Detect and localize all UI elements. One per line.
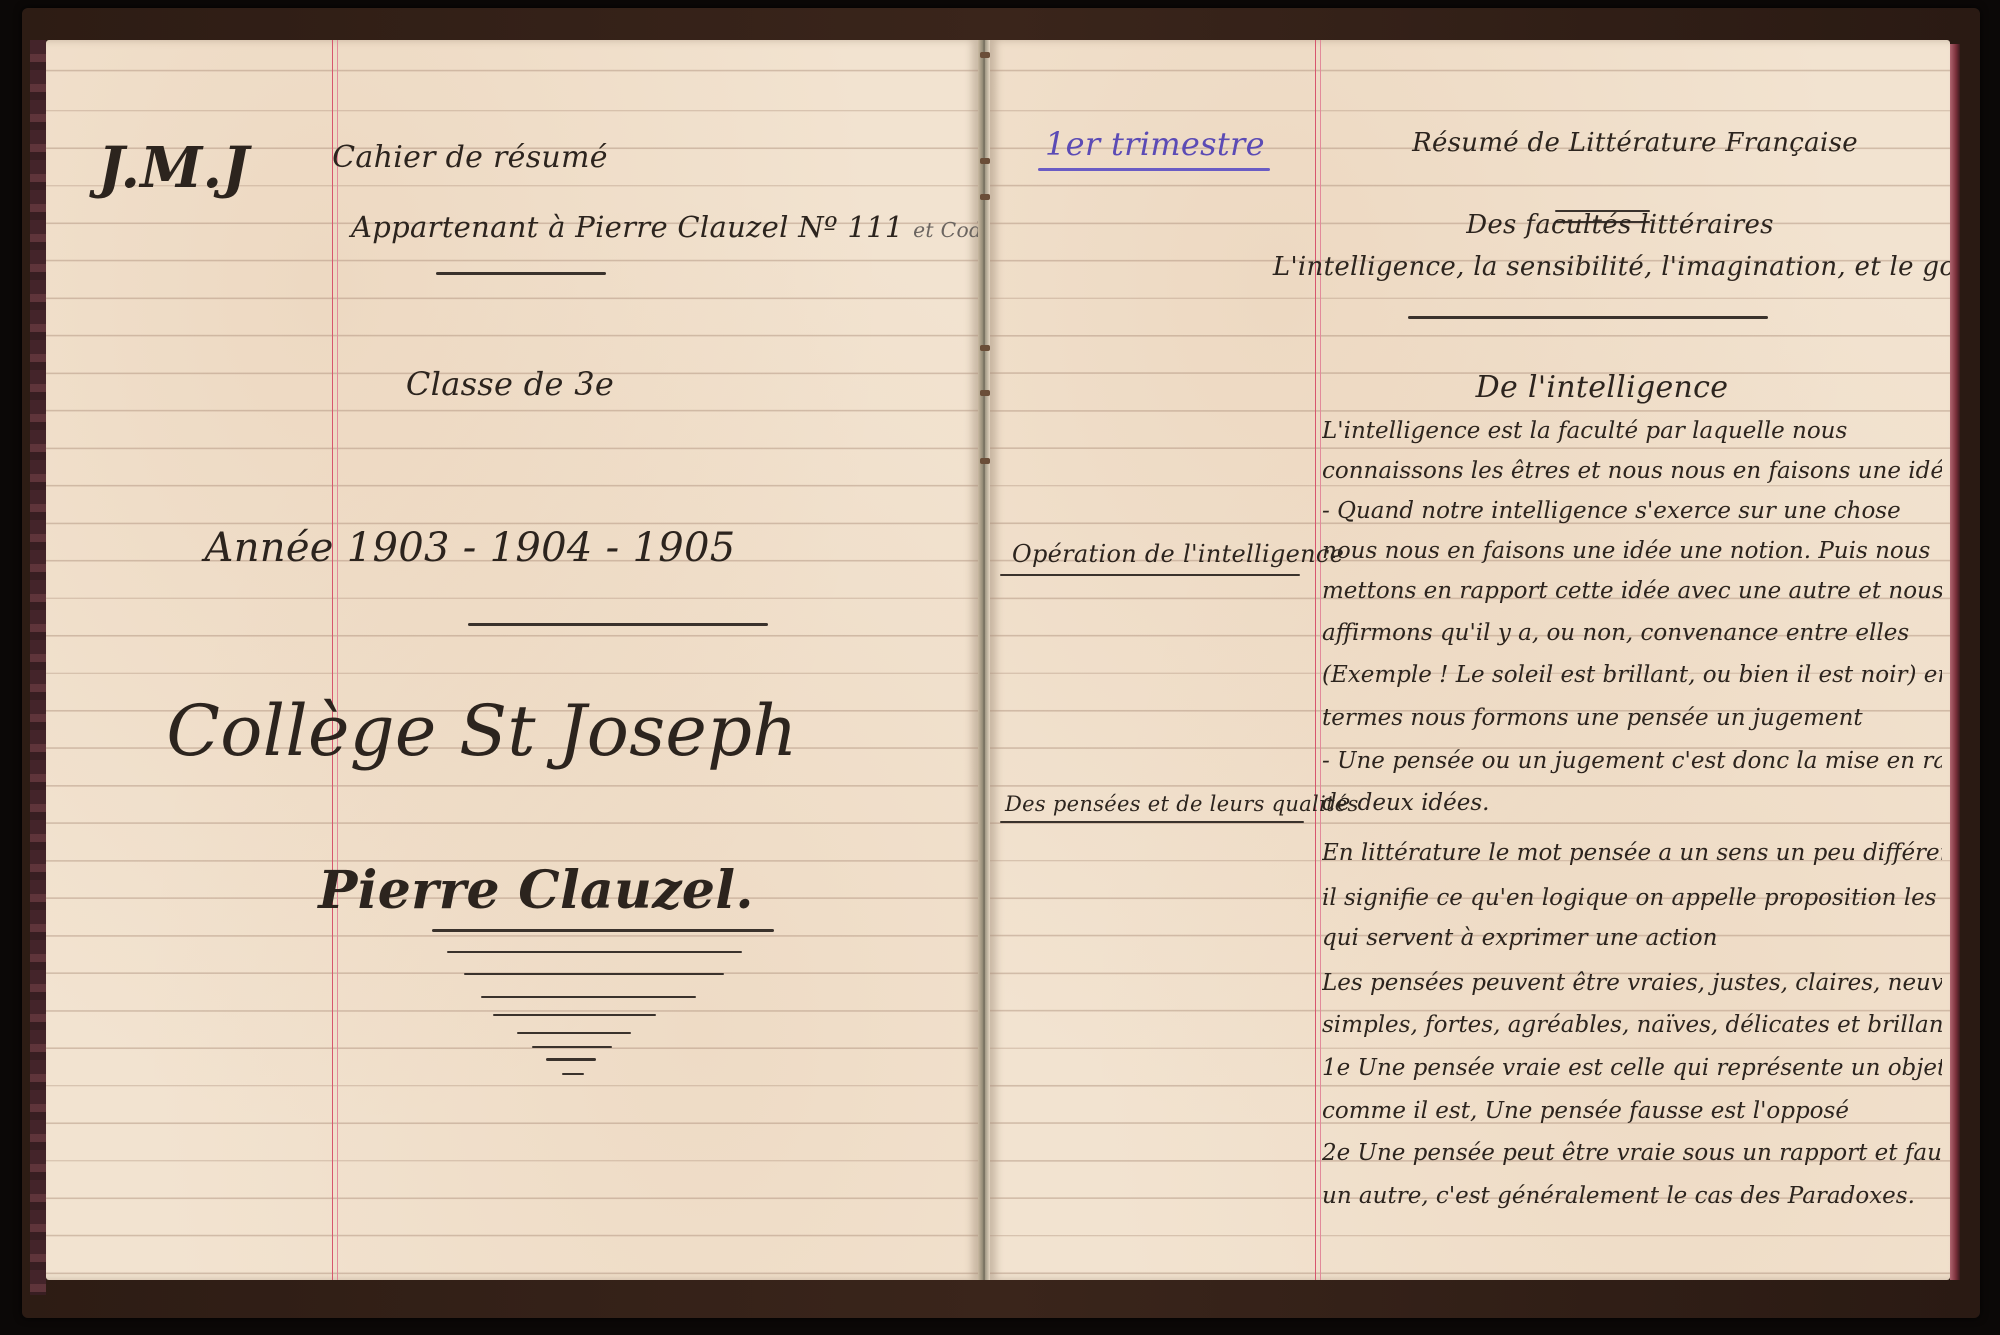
ink-rule [468,623,768,626]
stitch [980,458,990,464]
flourish-line [517,1032,631,1034]
notebook-title: Cahier de résumé [332,140,608,175]
text-line: termes nous formons une pensée un jugeme… [1322,705,1942,731]
subtitle: Des facultés littéraires [1466,210,1774,240]
text-line: mettons en rapport cette idée avec une a… [1322,578,1942,604]
year-line: Année 1903 - 1904 - 1905 [205,525,736,571]
flourish-line [562,1073,584,1075]
stitch [980,158,990,164]
text-line: (Exemple ! Le soleil est brillant, ou bi… [1322,662,1942,688]
right-page: 1er trimestre Opération de l'intelligenc… [990,40,1950,1280]
text-line: un autre, c'est généralement le cas des … [1322,1183,1942,1209]
owner-name: Appartenant à Pierre Clauzel [351,210,789,244]
owner-line: Appartenant à Pierre Clauzel Nº 111 et C… [351,210,978,244]
text-line: - Une pensée ou un jugement c'est donc l… [1322,748,1942,774]
text-line: simples, fortes, agréables, naïves, déli… [1322,1012,1942,1038]
school-name: Collège St Joseph [166,690,797,772]
text-line: - Quand notre intelligence s'exerce sur … [1322,498,1942,524]
book-spine [978,40,990,1280]
left-page: J.M.J Cahier de résumé Appartenant à Pie… [46,40,978,1280]
text-line: 2e Une pensée peut être vraie sous un ra… [1322,1140,1942,1166]
marbled-edge [30,40,46,1295]
monogram: J.M.J [98,135,249,201]
text-line: 1e Une pensée vraie est celle qui représ… [1322,1055,1942,1081]
term-underline [1038,168,1270,171]
ink-rule [436,272,606,275]
document-title: Résumé de Littérature Française [1412,128,1858,158]
pencil-note: et Cod. [913,218,978,242]
text-line: affirmons qu'il y a, ou non, convenance … [1322,620,1942,646]
signature: Pierre Clauzel. [318,860,754,921]
stitch [980,390,990,396]
flourish-line [432,929,774,932]
flourish-line [493,1014,656,1016]
flourish-line [532,1046,612,1048]
stitch [980,52,990,58]
class-line: Classe de 3e [406,365,614,403]
faculties-line: L'intelligence, la sensibilité, l'imagin… [1273,252,1950,282]
text-line: En littérature le mot pensée a un sens u… [1322,840,1942,866]
stitch [980,345,990,351]
text-line: connaissons les êtres et nous nous en fa… [1322,458,1942,484]
margin-line [1315,40,1321,1280]
flourish-line [447,951,742,953]
ink-rule [1408,316,1768,319]
flourish-line [546,1058,596,1061]
text-line: L'intelligence est la faculté par laquel… [1322,418,1942,444]
thoughts-heading: Des pensées et de leurs qualités [1005,792,1359,816]
margin-line [332,40,338,1280]
text-line: comme il est, Une pensée fausse est l'op… [1322,1098,1942,1124]
notebook-number: Nº 111 [798,210,903,244]
flourish-line [481,996,696,998]
page-block-edge [1950,44,1960,1280]
flourish-line [464,973,724,975]
ink-rule [1000,821,1304,823]
operation-heading: Opération de l'intelligence [1012,540,1344,568]
term-heading: 1er trimestre [1045,125,1265,163]
text-line: nous nous en faisons une idée une notion… [1322,538,1942,564]
section-heading: De l'intelligence [1476,370,1729,405]
text-line: de deux idées. [1322,790,1942,816]
text-line: Les pensées peuvent être vraies, justes,… [1322,970,1942,996]
ink-rule [1000,574,1300,576]
text-line: il signifie ce qu'en logique on appelle … [1322,885,1942,911]
text-line: qui servent à exprimer une action [1322,925,1942,951]
stitch [980,194,990,200]
